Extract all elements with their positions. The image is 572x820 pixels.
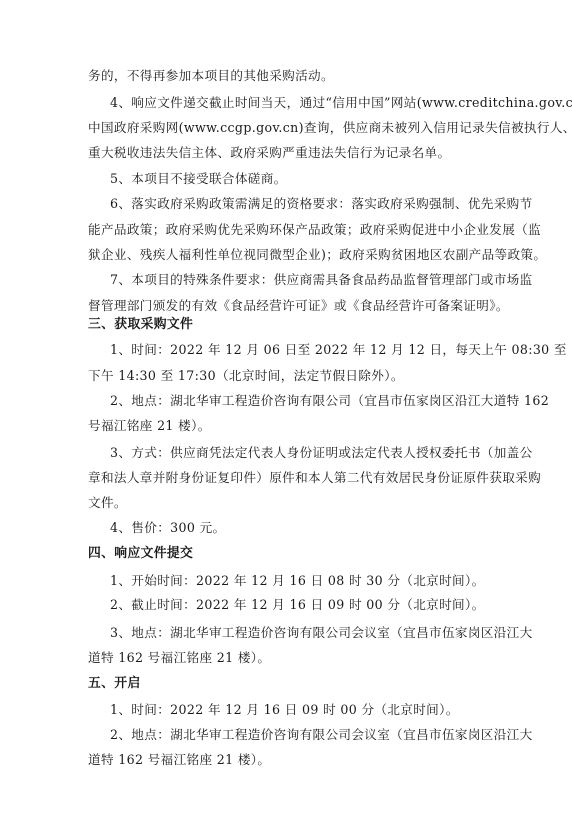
text-line: 6、落实政府采购政策需满足的资格要求：落实政府采购强制、优先采购节: [110, 196, 502, 212]
text-line: 1、时间：2022 年 12 月 06 日至 2022 年 12 月 12 日，…: [110, 342, 502, 358]
document-page: 务的，不得再参加本项目的其他采购活动。4、响应文件递交截止时间当天，通过“信用中…: [0, 0, 572, 820]
text-line: 号福江铭座 21 楼）。: [88, 418, 502, 434]
text-line: 4、响应文件递交截止时间当天，通过“信用中国”网站(www.creditchin…: [110, 95, 502, 111]
text-line: 2、地点：湖北华审工程造价咨询有限公司（宜昌市伍家岗区沿江大道特 162: [110, 393, 502, 409]
text-line: 5、本项目不接受联合体磋商。: [110, 171, 502, 187]
section-heading: 五、开启: [88, 676, 502, 692]
text-line: 务的，不得再参加本项目的其他采购活动。: [88, 68, 502, 84]
section-heading: 四、响应文件提交: [88, 546, 502, 562]
text-line: 道特 162 号福江铭座 21 楼）。: [88, 650, 502, 666]
text-line: 章和法人章并附身份证复印件）原件和本人第二代有效居民身份证原件获取采购: [88, 470, 502, 486]
section-heading: 三、获取采购文件: [88, 317, 502, 333]
text-line: 1、开始时间：2022 年 12 月 16 日 08 时 30 分（北京时间）。: [110, 573, 502, 589]
text-line: 下午 14:30 至 17:30（北京时间，法定节假日除外）。: [88, 368, 502, 384]
text-line: 2、地点：湖北华审工程造价咨询有限公司会议室（宜昌市伍家岗区沿江大: [110, 727, 502, 743]
text-line: 狱企业、残疾人福利性单位视同微型企业)；政府采购贫困地区农副产品等政策。: [88, 247, 502, 263]
text-line: 重大税收违法失信主体、政府采购严重违法失信行为记录名单。: [88, 145, 502, 161]
text-line: 文件。: [88, 495, 502, 511]
text-line: 7、本项目的特殊条件要求：供应商需具备食品药品监督管理部门或市场监: [110, 272, 502, 288]
text-line: 4、售价：300 元。: [110, 520, 502, 536]
text-line: 道特 162 号福江铭座 21 楼）。: [88, 752, 502, 768]
text-line: 3、地点：湖北华审工程造价咨询有限公司会议室（宜昌市伍家岗区沿江大: [110, 625, 502, 641]
text-line: 中国政府采购网(www.ccgp.gov.cn)查询，供应商未被列入信用记录失信…: [88, 120, 502, 136]
text-line: 2、截止时间：2022 年 12 月 16 日 09 时 00 分（北京时间）。: [110, 597, 502, 613]
text-line: 督管理部门颁发的有效《食品经营许可证》或《食品经营许可备案证明》。: [88, 298, 502, 314]
text-line: 3、方式：供应商凭法定代表人身份证明或法定代表人授权委托书（加盖公: [110, 445, 502, 461]
text-line: 1、时间：2022 年 12 月 16 日 09 时 00 分（北京时间）。: [110, 702, 502, 718]
text-line: 能产品政策；政府采购优先采购环保产品政策；政府采购促进中小企业发展（监: [88, 222, 502, 238]
